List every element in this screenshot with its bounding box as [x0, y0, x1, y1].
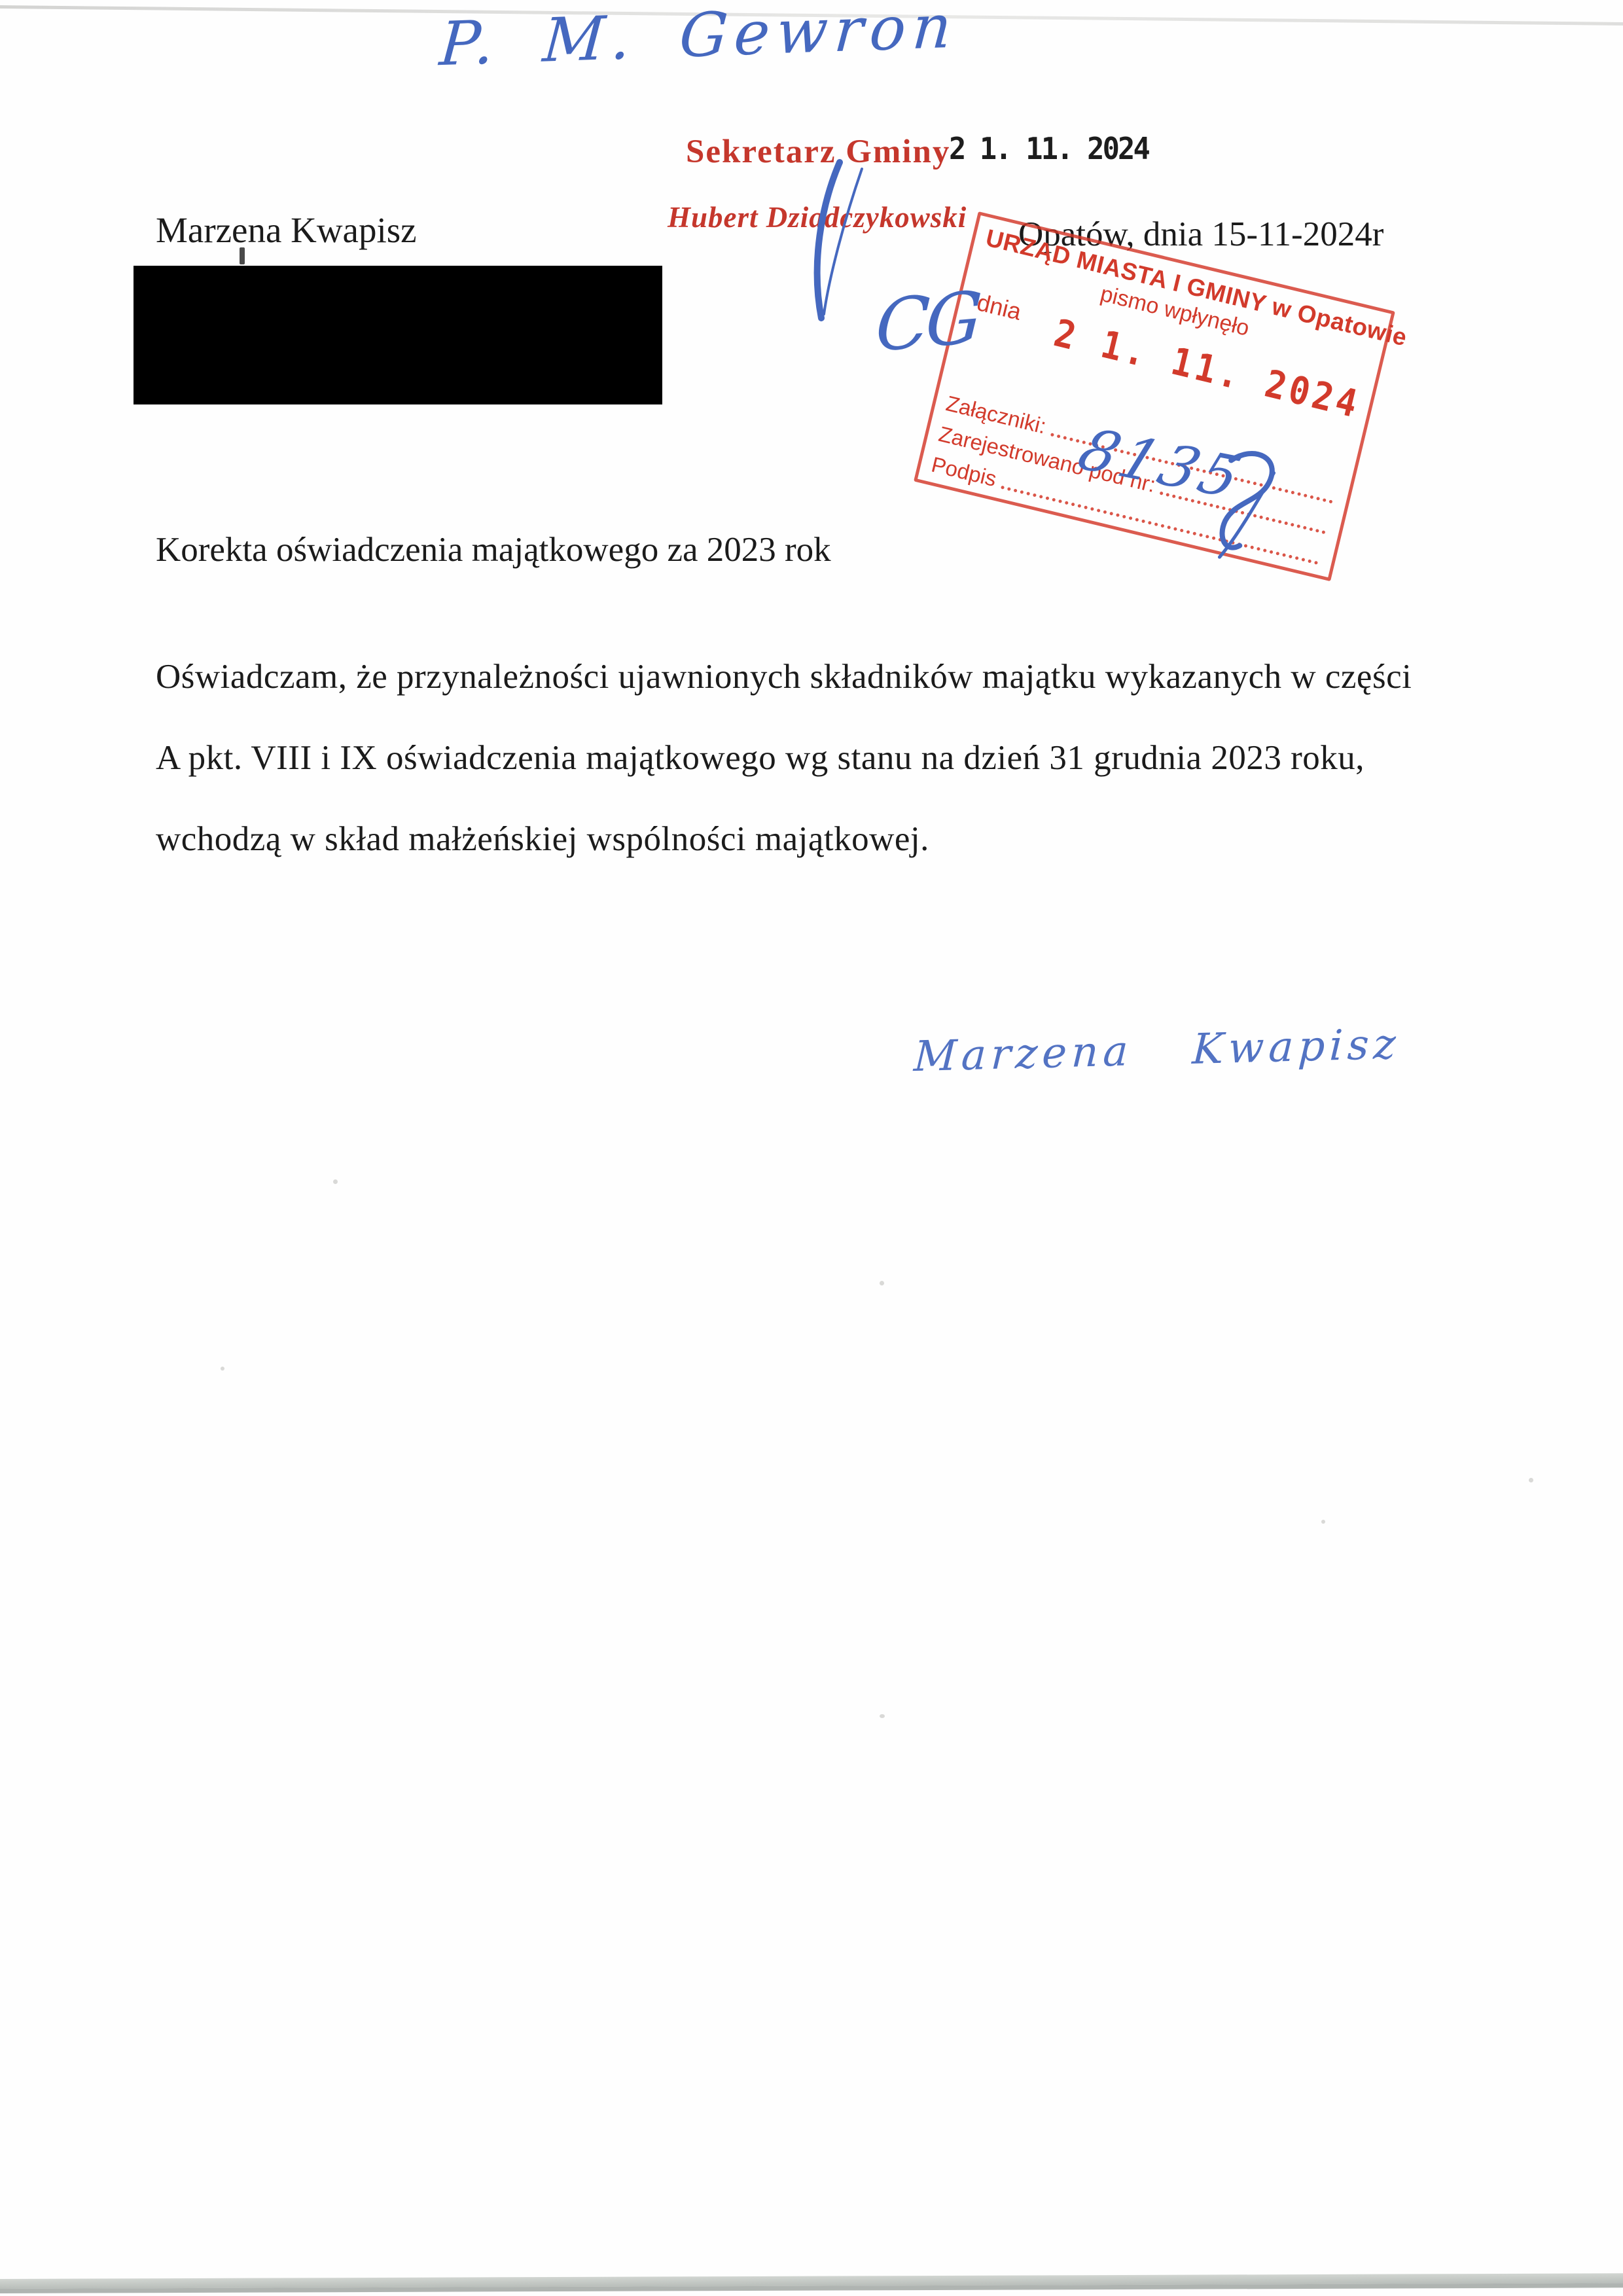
body-line: Oświadczam, że przynależności ujawnionyc… — [156, 657, 1412, 696]
redaction-box — [134, 266, 662, 404]
handwritten-signature: Marzena Kwapisz — [913, 1020, 1401, 1082]
letter-subject: Korekta oświadczenia majątkowego za 2023… — [156, 530, 831, 569]
date-stamp-top: 2 1. 11. 2024 — [949, 131, 1149, 166]
scan-speck — [880, 1281, 884, 1285]
handwritten-initials: CG — [874, 277, 980, 368]
scan-speck — [221, 1367, 224, 1371]
handwritten-paraph-stroke — [789, 156, 867, 326]
registry-stamp: URZĄD MIASTA I GMINY w Opatowie pismo wp… — [914, 211, 1395, 581]
scan-speck — [333, 1179, 338, 1184]
scan-speck — [1321, 1520, 1325, 1524]
registry-stamp-day-label: dnia — [974, 289, 1024, 326]
body-line: A pkt. VIII i IX oświadczenia majątkoweg… — [156, 738, 1364, 778]
scanned-document-page: P. M. Gewron Sekretarz Gminy 2 1. 11. 20… — [0, 0, 1623, 2296]
sender-name: Marzena Kwapisz — [156, 209, 417, 251]
handwritten-top-note: P. M. Gewron — [437, 0, 960, 79]
scan-speck — [1529, 1478, 1533, 1482]
scan-speck — [880, 1714, 885, 1718]
body-line: wchodzą w skład małżeńskiej wspólności m… — [156, 819, 929, 859]
